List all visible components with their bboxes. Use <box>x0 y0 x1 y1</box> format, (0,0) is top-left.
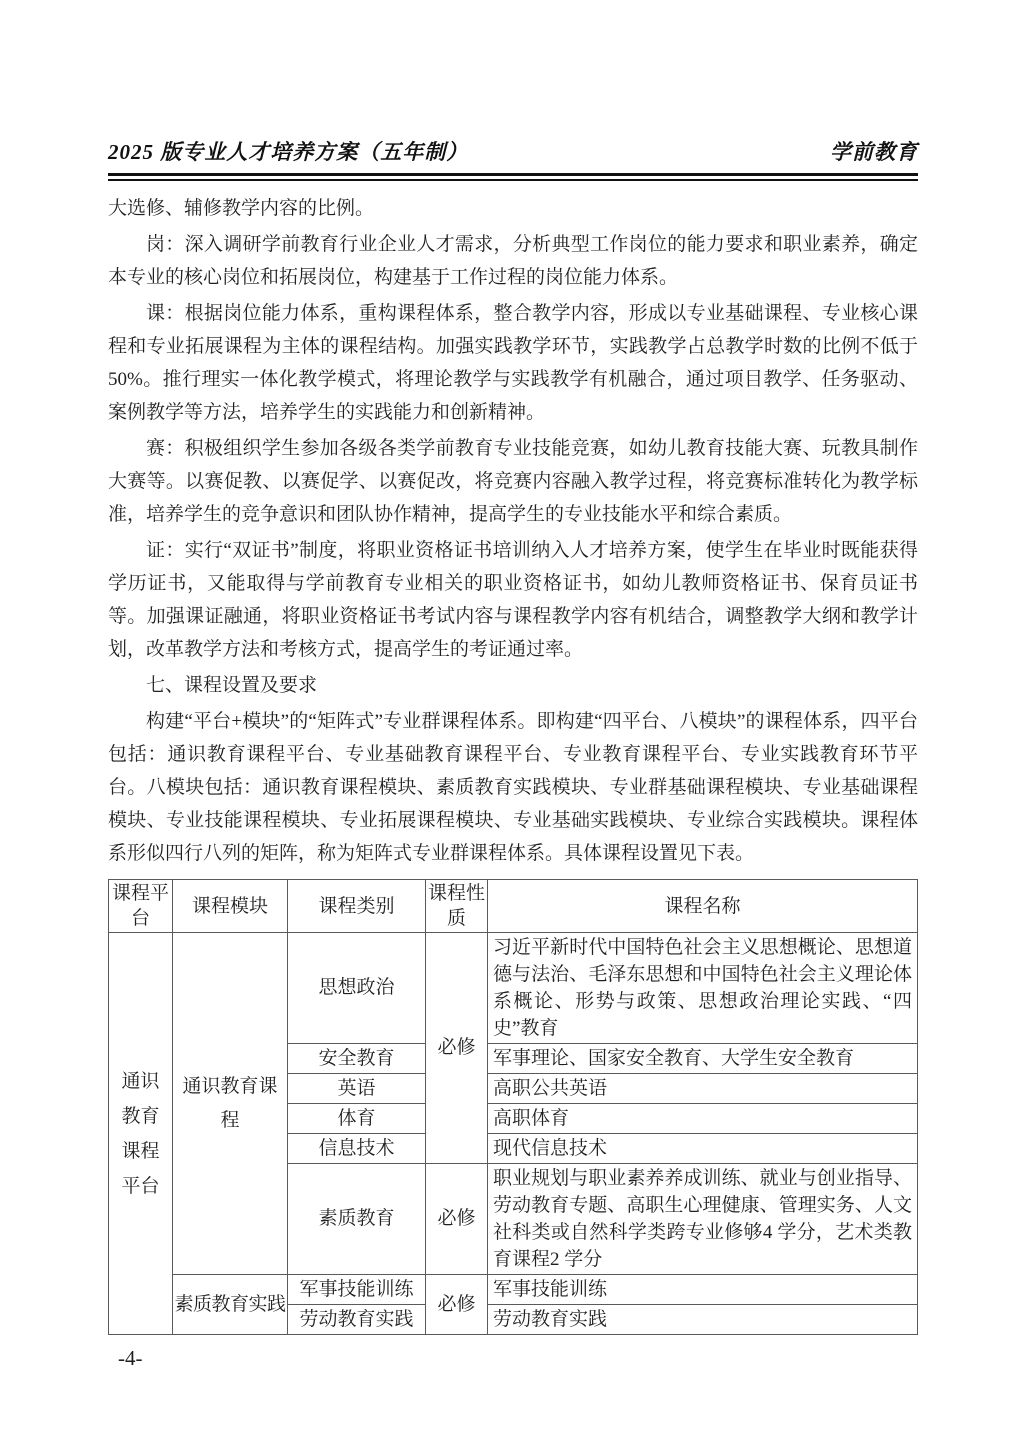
header-course-name: 课程名称 <box>488 880 918 933</box>
header-right-title: 学前教育 <box>830 136 918 166</box>
header-course-nature: 课程性质 <box>426 880 488 933</box>
category-cell: 安全教育 <box>288 1044 426 1074</box>
curriculum-table: 课程平台 课程模块 课程类别 课程性质 课程名称 通识教育课程平台 通识教育课程… <box>108 879 918 1335</box>
course-name-cell: 职业规划与职业素养养成训练、就业与创业指导、劳动教育专题、高职生心理健康、管理实… <box>488 1164 918 1275</box>
paragraph-zheng: 证：实行“双证书”制度，将职业资格证书培训纳入人才培养方案，使学生在毕业时既能获… <box>108 534 918 666</box>
body-text: 大选修、辅修教学内容的比例。 岗：深入调研学前教育行业企业人才需求，分析典型工作… <box>108 192 918 870</box>
header-course-platform: 课程平台 <box>109 880 173 933</box>
paragraph-continuation: 大选修、辅修教学内容的比例。 <box>108 192 918 225</box>
page-content: 2025 版专业人才培养方案（五年制） 学前教育 大选修、辅修教学内容的比例。 … <box>108 136 918 1335</box>
table-row: 通识教育课程平台 通识教育课程 思想政治 必修 习近平新时代中国特色社会主义思想… <box>109 933 918 1044</box>
course-name-cell: 高职体育 <box>488 1104 918 1134</box>
platform-cell: 通识教育课程平台 <box>109 933 173 1335</box>
table-row: 素质教育实践 军事技能训练 必修 军事技能训练 <box>109 1275 918 1305</box>
header-course-category: 课程类别 <box>288 880 426 933</box>
header-left-title: 2025 版专业人才培养方案（五年制） <box>108 136 468 166</box>
category-cell: 素质教育 <box>288 1164 426 1275</box>
category-cell: 英语 <box>288 1074 426 1104</box>
course-name-cell: 劳动教育实践 <box>488 1305 918 1335</box>
header-course-module: 课程模块 <box>173 880 288 933</box>
category-cell: 体育 <box>288 1104 426 1134</box>
nature-cell: 必修 <box>426 1164 488 1275</box>
header-divider <box>108 173 918 181</box>
table-header-row: 课程平台 课程模块 课程类别 课程性质 课程名称 <box>109 880 918 933</box>
nature-cell: 必修 <box>426 1275 488 1335</box>
module-cell: 素质教育实践 <box>173 1275 288 1335</box>
paragraph-gang: 岗：深入调研学前教育行业企业人才需求，分析典型工作岗位的能力要求和职业素养，确定… <box>108 228 918 294</box>
section-heading-seven: 七、课程设置及要求 <box>108 669 918 702</box>
category-cell: 军事技能训练 <box>288 1275 426 1305</box>
module-cell: 通识教育课程 <box>173 933 288 1275</box>
course-name-cell: 高职公共英语 <box>488 1074 918 1104</box>
course-name-cell: 军事理论、国家安全教育、大学生安全教育 <box>488 1044 918 1074</box>
document-page: 2025 版专业人才培养方案（五年制） 学前教育 大选修、辅修教学内容的比例。 … <box>0 0 1024 1448</box>
page-number: -4- <box>118 1346 143 1371</box>
paragraph-sai: 赛：积极组织学生参加各级各类学前教育专业技能竞赛，如幼儿教育技能大赛、玩教具制作… <box>108 432 918 531</box>
paragraph-ke: 课：根据岗位能力体系，重构课程体系，整合教学内容，形成以专业基础课程、专业核心课… <box>108 297 918 429</box>
running-header: 2025 版专业人才培养方案（五年制） 学前教育 <box>108 136 918 166</box>
course-name-cell: 军事技能训练 <box>488 1275 918 1305</box>
category-cell: 信息技术 <box>288 1134 426 1164</box>
category-cell: 思想政治 <box>288 933 426 1044</box>
course-name-cell: 习近平新时代中国特色社会主义思想概论、思想道德与法治、毛泽东思想和中国特色社会主… <box>488 933 918 1044</box>
nature-cell: 必修 <box>426 933 488 1164</box>
course-name-cell: 现代信息技术 <box>488 1134 918 1164</box>
category-cell: 劳动教育实践 <box>288 1305 426 1335</box>
paragraph-goujian: 构建“平台+模块”的“矩阵式”专业群课程体系。即构建“四平台、八模块”的课程体系… <box>108 705 918 870</box>
